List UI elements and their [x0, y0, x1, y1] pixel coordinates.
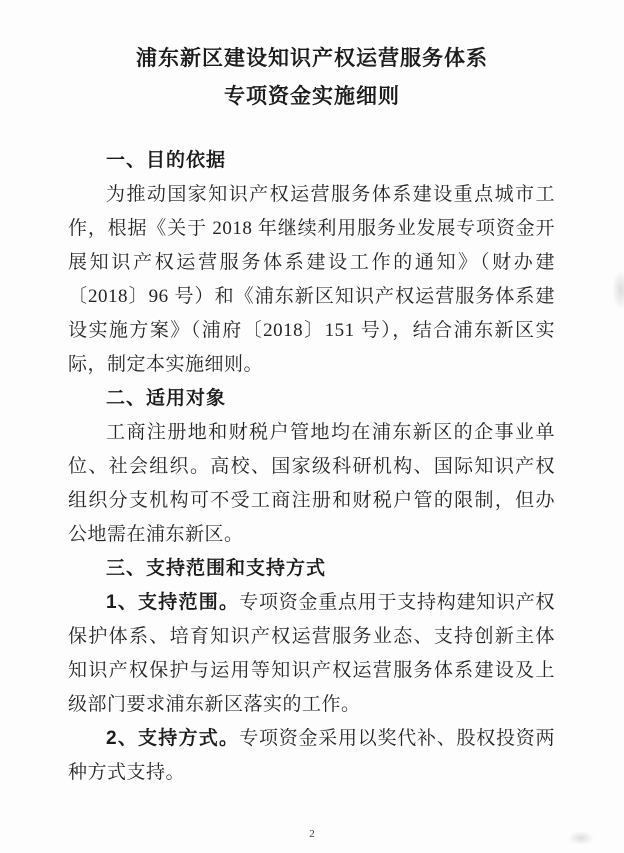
- document-title: 浦东新区建设知识产权运营服务体系 专项资金实施细则: [0, 0, 624, 116]
- paragraph-text: 为推动国家知识产权运营服务体系建设重点城市工作，根据《关于 2018 年继续利用…: [68, 184, 555, 375]
- paragraph-text: 工商注册地和财税户管地均在浦东新区的企事业单位、社会组织。高校、国家级科研机构、…: [68, 422, 555, 545]
- paragraph: 1、支持范围。专项资金重点用于支持构建知识产权保护体系、培育知识产权运营服务业态…: [68, 586, 555, 722]
- document-body: 一、目的依据 为推动国家知识产权运营服务体系建设重点城市工作，根据《关于 201…: [68, 144, 555, 790]
- paragraph-lead: 1、支持范围。: [106, 592, 239, 613]
- paragraph: 为推动国家知识产权运营服务体系建设重点城市工作，根据《关于 2018 年继续利用…: [68, 178, 555, 382]
- section-heading-2: 二、适用对象: [68, 382, 555, 416]
- page-number: 2: [0, 828, 624, 840]
- paragraph-lead: 2、支持方式。: [106, 728, 239, 749]
- document-title-line-1: 浦东新区建设知识产权运营服务体系: [0, 40, 624, 78]
- section-heading-1: 一、目的依据: [68, 144, 555, 178]
- paragraph: 工商注册地和财税户管地均在浦东新区的企事业单位、社会组织。高校、国家级科研机构、…: [68, 416, 555, 552]
- document-page: 浦东新区建设知识产权运营服务体系 专项资金实施细则 一、目的依据 为推动国家知识…: [0, 0, 624, 853]
- scan-artifact: [612, 270, 624, 310]
- paragraph: 2、支持方式。专项资金采用以奖代补、股权投资两种方式支持。: [68, 722, 555, 790]
- section-heading-3: 三、支持范围和支持方式: [68, 552, 555, 586]
- document-title-line-2: 专项资金实施细则: [0, 78, 624, 116]
